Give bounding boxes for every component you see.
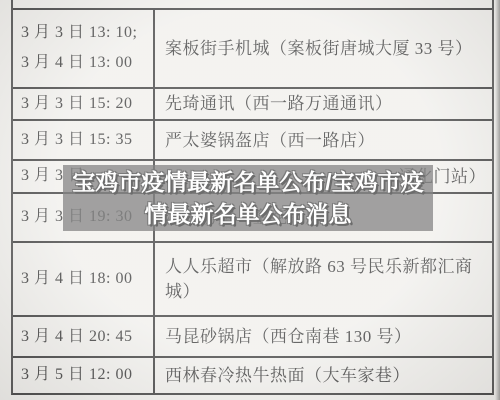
table-row: 3 月 5 日 12: 00 西林春冷热牛热面（大车家巷）	[13, 356, 492, 393]
watermark-line-2: 情最新名单公布消息	[63, 198, 433, 230]
place-cell: 西林春冷热牛热面（大车家巷）	[155, 358, 492, 393]
place-cell: 严太婆锅盔店（西一路店）	[155, 121, 492, 159]
place-cell: 马昆砂锅店（西仓南巷 130 号）	[155, 317, 492, 356]
time-cell: 3 月 5 日 12: 00	[13, 358, 155, 393]
table-row: 3 月 3 日 13: 10; 3 月 4 日 13: 00 案板街手机城（案板…	[13, 8, 492, 87]
photo-edge-shadow	[495, 0, 500, 400]
watermark-line-1: 宝鸡市疫情最新名单公布/宝鸡市疫	[63, 166, 433, 198]
time-cell: 3 月 3 日 13: 10; 3 月 4 日 13: 00	[13, 10, 155, 87]
time-cell: 3 月 3 日 15: 35	[13, 121, 155, 159]
table-row: 3 月 3 日 15: 35 严太婆锅盔店（西一路店）	[13, 119, 492, 159]
place-cell: 先琦通讯（西一路万通通讯）	[155, 89, 492, 120]
place-cell: 案板街手机城（案板街唐城大厦 33 号）	[155, 10, 492, 87]
table-row: 3 月 3 日 15: 20 先琦通讯（西一路万通通讯）	[13, 87, 492, 120]
scanned-notice-image: 3 月 3 日 13: 10; 3 月 4 日 13: 00 案板街手机城（案板…	[0, 0, 500, 400]
watermark-overlay: 宝鸡市疫情最新名单公布/宝鸡市疫 情最新名单公布消息	[63, 165, 433, 231]
place-cell: 人人乐超市（解放路 63 号民乐新都汇商城）	[155, 243, 492, 316]
time-cell: 3 月 4 日 18: 00	[13, 243, 155, 316]
table-row: 3 月 4 日 18: 00 人人乐超市（解放路 63 号民乐新都汇商城）	[13, 241, 492, 316]
time-cell: 3 月 4 日 20: 45	[13, 317, 155, 356]
time-cell: 3 月 3 日 15: 20	[13, 89, 155, 120]
partial-row-top	[13, 0, 492, 8]
table-row: 3 月 4 日 20: 45 马昆砂锅店（西仓南巷 130 号）	[13, 315, 492, 356]
